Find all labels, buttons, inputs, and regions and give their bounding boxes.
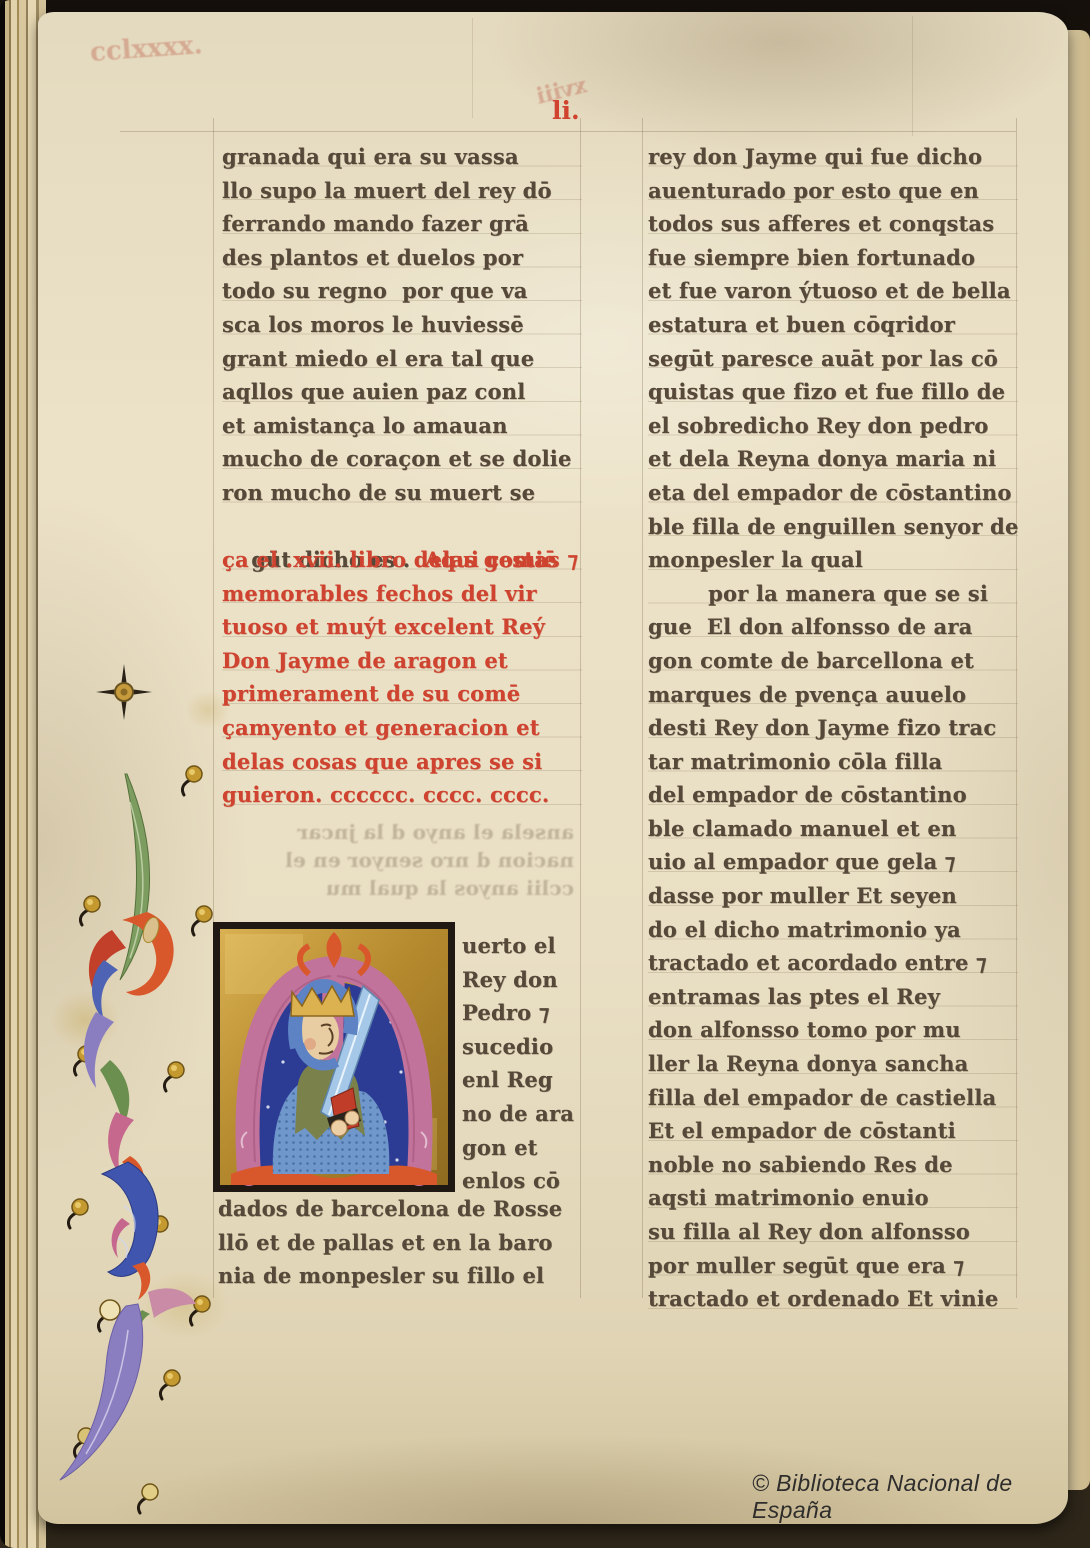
- text-line: Et el empador de cōstanti: [648, 1114, 1018, 1148]
- text-line: ller la Reyna donya sancha: [648, 1047, 1018, 1081]
- gold-star-ornament: [96, 664, 152, 720]
- text-line: su filla al Rey don alfonsso: [648, 1215, 1018, 1249]
- text-line: des plantos et duelos por: [222, 241, 582, 275]
- text-line: llo supo la muert del rey dō: [222, 174, 582, 208]
- text-line: desti Rey don Jayme fizo trac: [648, 711, 1018, 745]
- text-line: tractado et ordenado Et vinie: [648, 1282, 1018, 1316]
- initial-side-text: uerto elRey donPedro ⁊sucedioenl Regno d…: [462, 929, 582, 1198]
- text-line: Don Jayme de aragon et: [222, 644, 582, 678]
- text-line: llō et de pallas et en la baro: [218, 1226, 582, 1260]
- text-line: delas cosas que apres se si: [222, 745, 582, 779]
- text-line: quistas que fizo et fue fillo de: [648, 375, 1018, 409]
- text-line: eta del empador de cōstantino: [648, 476, 1018, 510]
- text-line: dasse por muller Et seyen: [648, 879, 1018, 913]
- text-line: ble filla de enguillen senyor de: [648, 510, 1018, 544]
- text-line: auenturado por esto que en: [648, 174, 1018, 208]
- verso-bleedthrough-text: ansela el anyo d la jncarnacion d nro se…: [230, 818, 574, 902]
- ruling-line: [120, 131, 1016, 132]
- text-line: gue El don alfonsso de ara: [648, 610, 1018, 644]
- library-copyright-watermark: © Biblioteca Nacional de España: [752, 1470, 1090, 1524]
- text-line: dados de barcelona de Rosse: [218, 1192, 582, 1226]
- text-line: ça el .xvii. libro delas gestas ⁊: [222, 543, 582, 577]
- text-line: filla del empador de castiella: [648, 1081, 1018, 1115]
- text-line: sca los moros le huviessē: [222, 308, 582, 342]
- text-line: estatura et buen cōqridor: [648, 308, 1018, 342]
- text-line: todos sus afferes et conqstas: [648, 207, 1018, 241]
- text-line: por muller segūt que era ⁊: [648, 1249, 1018, 1283]
- left-column-mixed-line: gūt dicho es . Aqui comiē: [222, 509, 557, 543]
- text-line: aqllos que auien paz conl: [222, 375, 582, 409]
- text-line: tar matrimonio cōla filla: [648, 745, 1018, 779]
- ruling-line: [642, 118, 643, 1298]
- text-line: cclii anyos la qual mu: [230, 874, 574, 902]
- text-line: grant miedo el era tal que: [222, 342, 582, 376]
- text-line: no de ara: [462, 1097, 582, 1131]
- text-line: et fue varon ýtuoso et de bella: [648, 274, 1018, 308]
- text-line: granada qui era su vassa: [222, 140, 582, 174]
- text-line: ble clamado manuel et en: [648, 812, 1018, 846]
- text-line: por la manera que se si: [648, 577, 1018, 611]
- text-line: Rey don: [462, 963, 582, 997]
- text-line: guieron. cccccc. cccc. cccc.: [222, 778, 582, 812]
- text-line: marques de pvença auuelo: [648, 678, 1018, 712]
- text-line: primerament de su comē: [222, 677, 582, 711]
- text-line: tractado et acordado entre ⁊: [648, 946, 1018, 980]
- left-column-text: granada qui era su vassallo supo la muer…: [222, 140, 582, 510]
- text-line: gon comte de barcellona et: [648, 644, 1018, 678]
- right-column-text: rey don Jayme qui fue dichoauenturado po…: [648, 140, 1018, 1316]
- text-line: monpesler la qual: [648, 543, 1018, 577]
- text-line: noble no sabiendo Res de: [648, 1148, 1018, 1182]
- text-line: enl Reg: [462, 1063, 582, 1097]
- text-line: fue siempre bien fortunado: [648, 241, 1018, 275]
- text-line: çamyento et generacion et: [222, 711, 582, 745]
- manuscript-photo: cclxxxx. xviii li. granada qui era su va…: [0, 0, 1090, 1548]
- text-line: mucho de coraçon et se dolie: [222, 442, 582, 476]
- text-line: rey don Jayme qui fue dicho: [648, 140, 1018, 174]
- text-line: nia de monpesler su fillo el: [218, 1259, 582, 1293]
- crease: [472, 18, 473, 118]
- illuminated-initial-M-king-with-sword-miniature: [213, 922, 455, 1192]
- text-line: et dela Reyna donya maria ni: [648, 442, 1018, 476]
- left-column-bottom-text: dados de barcelona de Rossellō et de pal…: [218, 1192, 582, 1293]
- text-line: uio al empador que gela ⁊: [648, 845, 1018, 879]
- text-line: do el dicho matrimonio ya: [648, 913, 1018, 947]
- text-line: aqsti matrimonio enuio: [648, 1181, 1018, 1215]
- crease: [912, 16, 913, 136]
- text-line: ansela el anyo d la jncar: [230, 818, 574, 846]
- text-line: uerto el: [462, 929, 582, 963]
- text-line: gon et: [462, 1131, 582, 1165]
- text-line: el sobredicho Rey don pedro: [648, 409, 1018, 443]
- marginal-foliate-border-decoration: [52, 662, 242, 1528]
- text-line: ron mucho de su muert se: [222, 476, 582, 510]
- text-line: et amistança lo amauan: [222, 409, 582, 443]
- text-line: segūt paresce auāt por las cō: [648, 342, 1018, 376]
- text-line: Pedro ⁊: [462, 996, 582, 1030]
- text-line: ferrando mando fazer grā: [222, 207, 582, 241]
- text-line: nacion d nro senyor en el: [230, 846, 574, 874]
- text-line: tuoso et muýt excelent Reý: [222, 610, 582, 644]
- quire-mark-li: li.: [552, 96, 580, 125]
- text-line: del empador de cōstantino: [648, 778, 1018, 812]
- text-line: sucedio: [462, 1030, 582, 1064]
- text-line: todo su regno por que va: [222, 274, 582, 308]
- text-line: entramas las ptes el Rey: [648, 980, 1018, 1014]
- left-column-rubric: ça el .xvii. libro delas gestas ⁊memorab…: [222, 543, 582, 812]
- text-line: memorables fechos del vir: [222, 577, 582, 611]
- text-line: don alfonsso tomo por mu: [648, 1013, 1018, 1047]
